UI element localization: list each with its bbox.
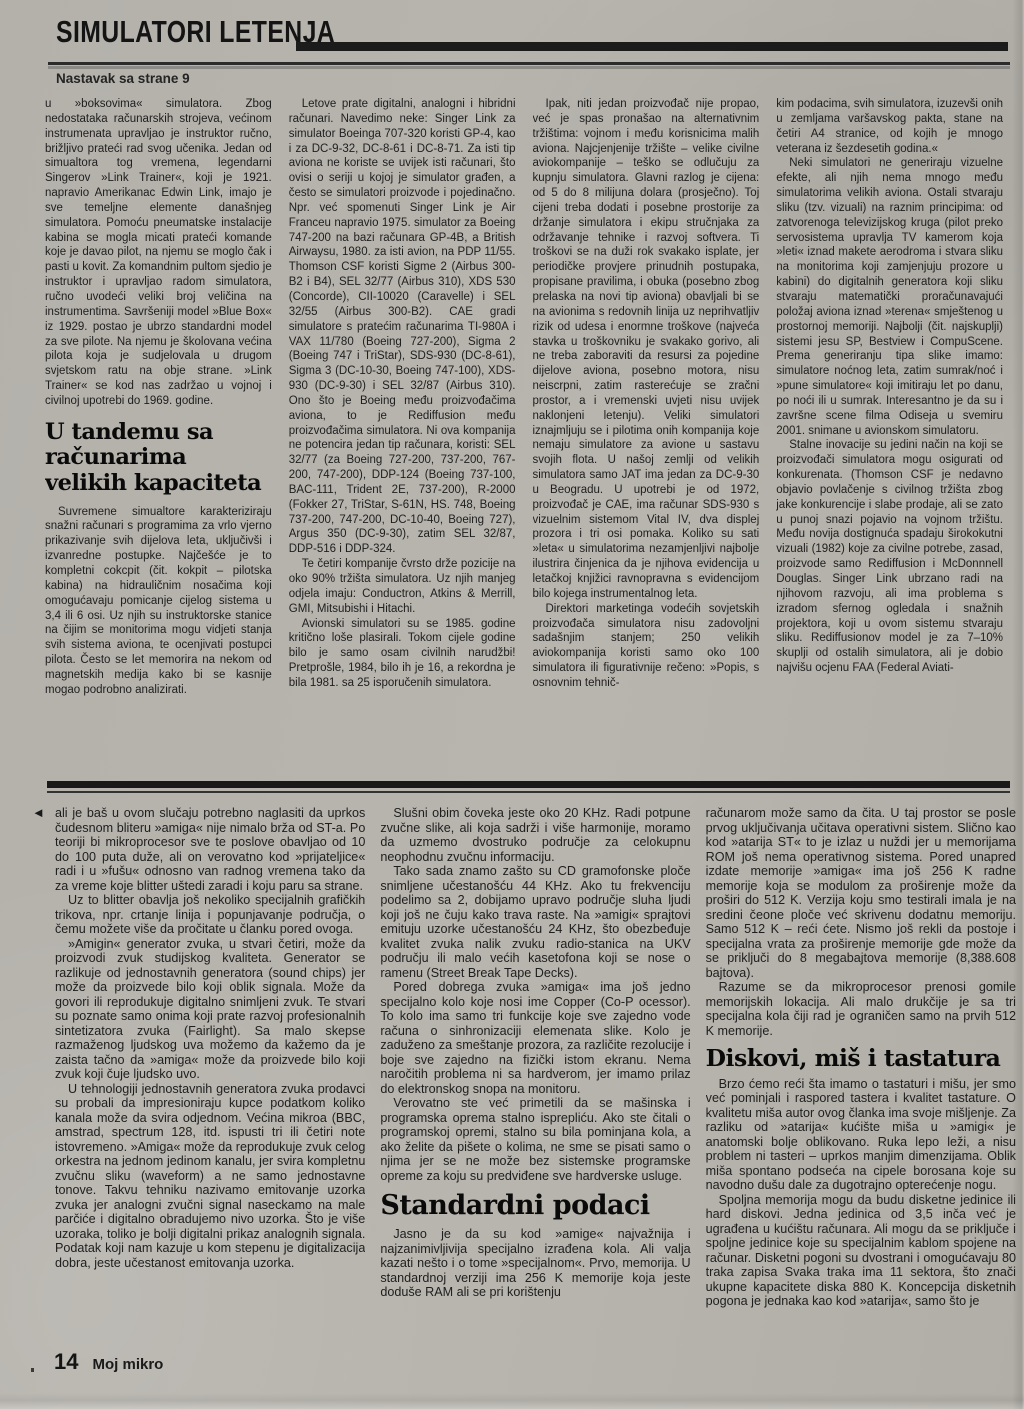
article-paragraph: Direktori marketinga vodećih sovjetskih … (533, 602, 760, 691)
simulators-column-3: Ipak, niti jedan proizvođač nije propao,… (533, 97, 760, 794)
amiga-article: ◄ ali je baš u ovom slučaju potrebno nag… (32, 806, 1016, 1352)
continuation-note: Nastavak sa strane 9 (56, 71, 190, 86)
masthead-underline (48, 62, 1010, 65)
page-title: SIMULATORI LETENJA (56, 16, 335, 47)
article-paragraph: Letove prate digitalni, analogni i hibri… (289, 97, 516, 557)
section-heading-diskovi: Diskovi, miš i tastatura (706, 1046, 1016, 1071)
magazine-name: Moj mikro (92, 1356, 163, 1373)
simulators-article: u »boksovima« simulatora. Zbog nedostata… (45, 97, 1003, 794)
article-paragraph: Avionski simulatori su se 1985. godine k… (289, 617, 516, 691)
article-paragraph: Verovatno ste već primetili da se mašins… (380, 1096, 690, 1183)
page-number: 14 (54, 1349, 78, 1375)
article-paragraph: Stalne inovacije su jedini način na koji… (776, 438, 1003, 676)
amiga-column-3: računarom može samo da čita. U taj prost… (706, 806, 1016, 1352)
article-paragraph: Jasno je da su kod »amige« najvažnija i … (380, 1227, 690, 1300)
article-paragraph: U tehnologiji jednostavnih generatora zv… (55, 1082, 365, 1271)
article-paragraph: Slušni obim čoveka jeste oko 20 KHz. Rad… (380, 806, 690, 864)
article-paragraph: Suvremene simualtore karakteriziraju sna… (45, 505, 272, 698)
simulators-column-4: kim podacima, svih simulatora, izuzevši … (776, 97, 1003, 794)
article-paragraph: Te četiri kompanije čvrsto drže pozicije… (289, 557, 516, 616)
magazine-page: SIMULATORI LETENJA Nastavak sa strane 9 … (0, 0, 1024, 1409)
article-paragraph: Spoljna memorija mogu da budu disketne j… (706, 1193, 1016, 1309)
article-paragraph: kim podacima, svih simulatora, izuzevši … (776, 97, 1003, 156)
simulators-column-1: u »boksovima« simulatora. Zbog nedostata… (45, 97, 272, 794)
page-footer: 14 Moj mikro (31, 1349, 163, 1375)
article-paragraph: računarom može samo da čita. U taj prost… (706, 806, 1016, 980)
article-paragraph: Ipak, niti jedan proizvođač nije propao,… (533, 97, 760, 602)
page-edge-bottom (0, 1393, 1024, 1409)
article-paragraph: Razume se da mikroprocesor prenosi gomil… (706, 980, 1016, 1038)
masthead-rule (296, 42, 1008, 51)
article-paragraph: Uz to blitter obavlja još nekoliko speci… (55, 893, 365, 937)
article-paragraph: Pored dobrega zvuka »amiga« ima još jedn… (380, 980, 690, 1096)
section-divider-rule (47, 781, 1010, 788)
section-heading-standardni-podaci: Standardni podaci (380, 1192, 690, 1220)
article-paragraph: Tako sada znamo zašto su CD gramofonske … (380, 864, 690, 980)
amiga-column-1: ◄ ali je baš u ovom slučaju potrebno nag… (32, 806, 365, 1352)
simulators-column-2: Letove prate digitalni, analogni i hibri… (289, 97, 516, 794)
article-paragraph: Neki simulatori ne generiraju vizuelne e… (776, 156, 1003, 438)
article-paragraph: u »boksovima« simulatora. Zbog nedostata… (45, 97, 272, 409)
article-paragraph: ali je baš u ovom slučaju potrebno nagla… (55, 806, 365, 893)
page-edge-right (1012, 0, 1024, 1409)
article-paragraph: »Amigin« generator zvuka, u stvari četir… (55, 937, 365, 1082)
amiga-column-2: Slušni obim čoveka jeste oko 20 KHz. Rad… (380, 806, 690, 1352)
continuation-arrow-icon: ◄ (32, 806, 45, 821)
article-paragraph: Brzo ćemo reći šta imamo o tastaturi i m… (706, 1077, 1016, 1193)
section-heading-tandem: U tandemu sa računarima velikih kapacite… (45, 420, 272, 497)
